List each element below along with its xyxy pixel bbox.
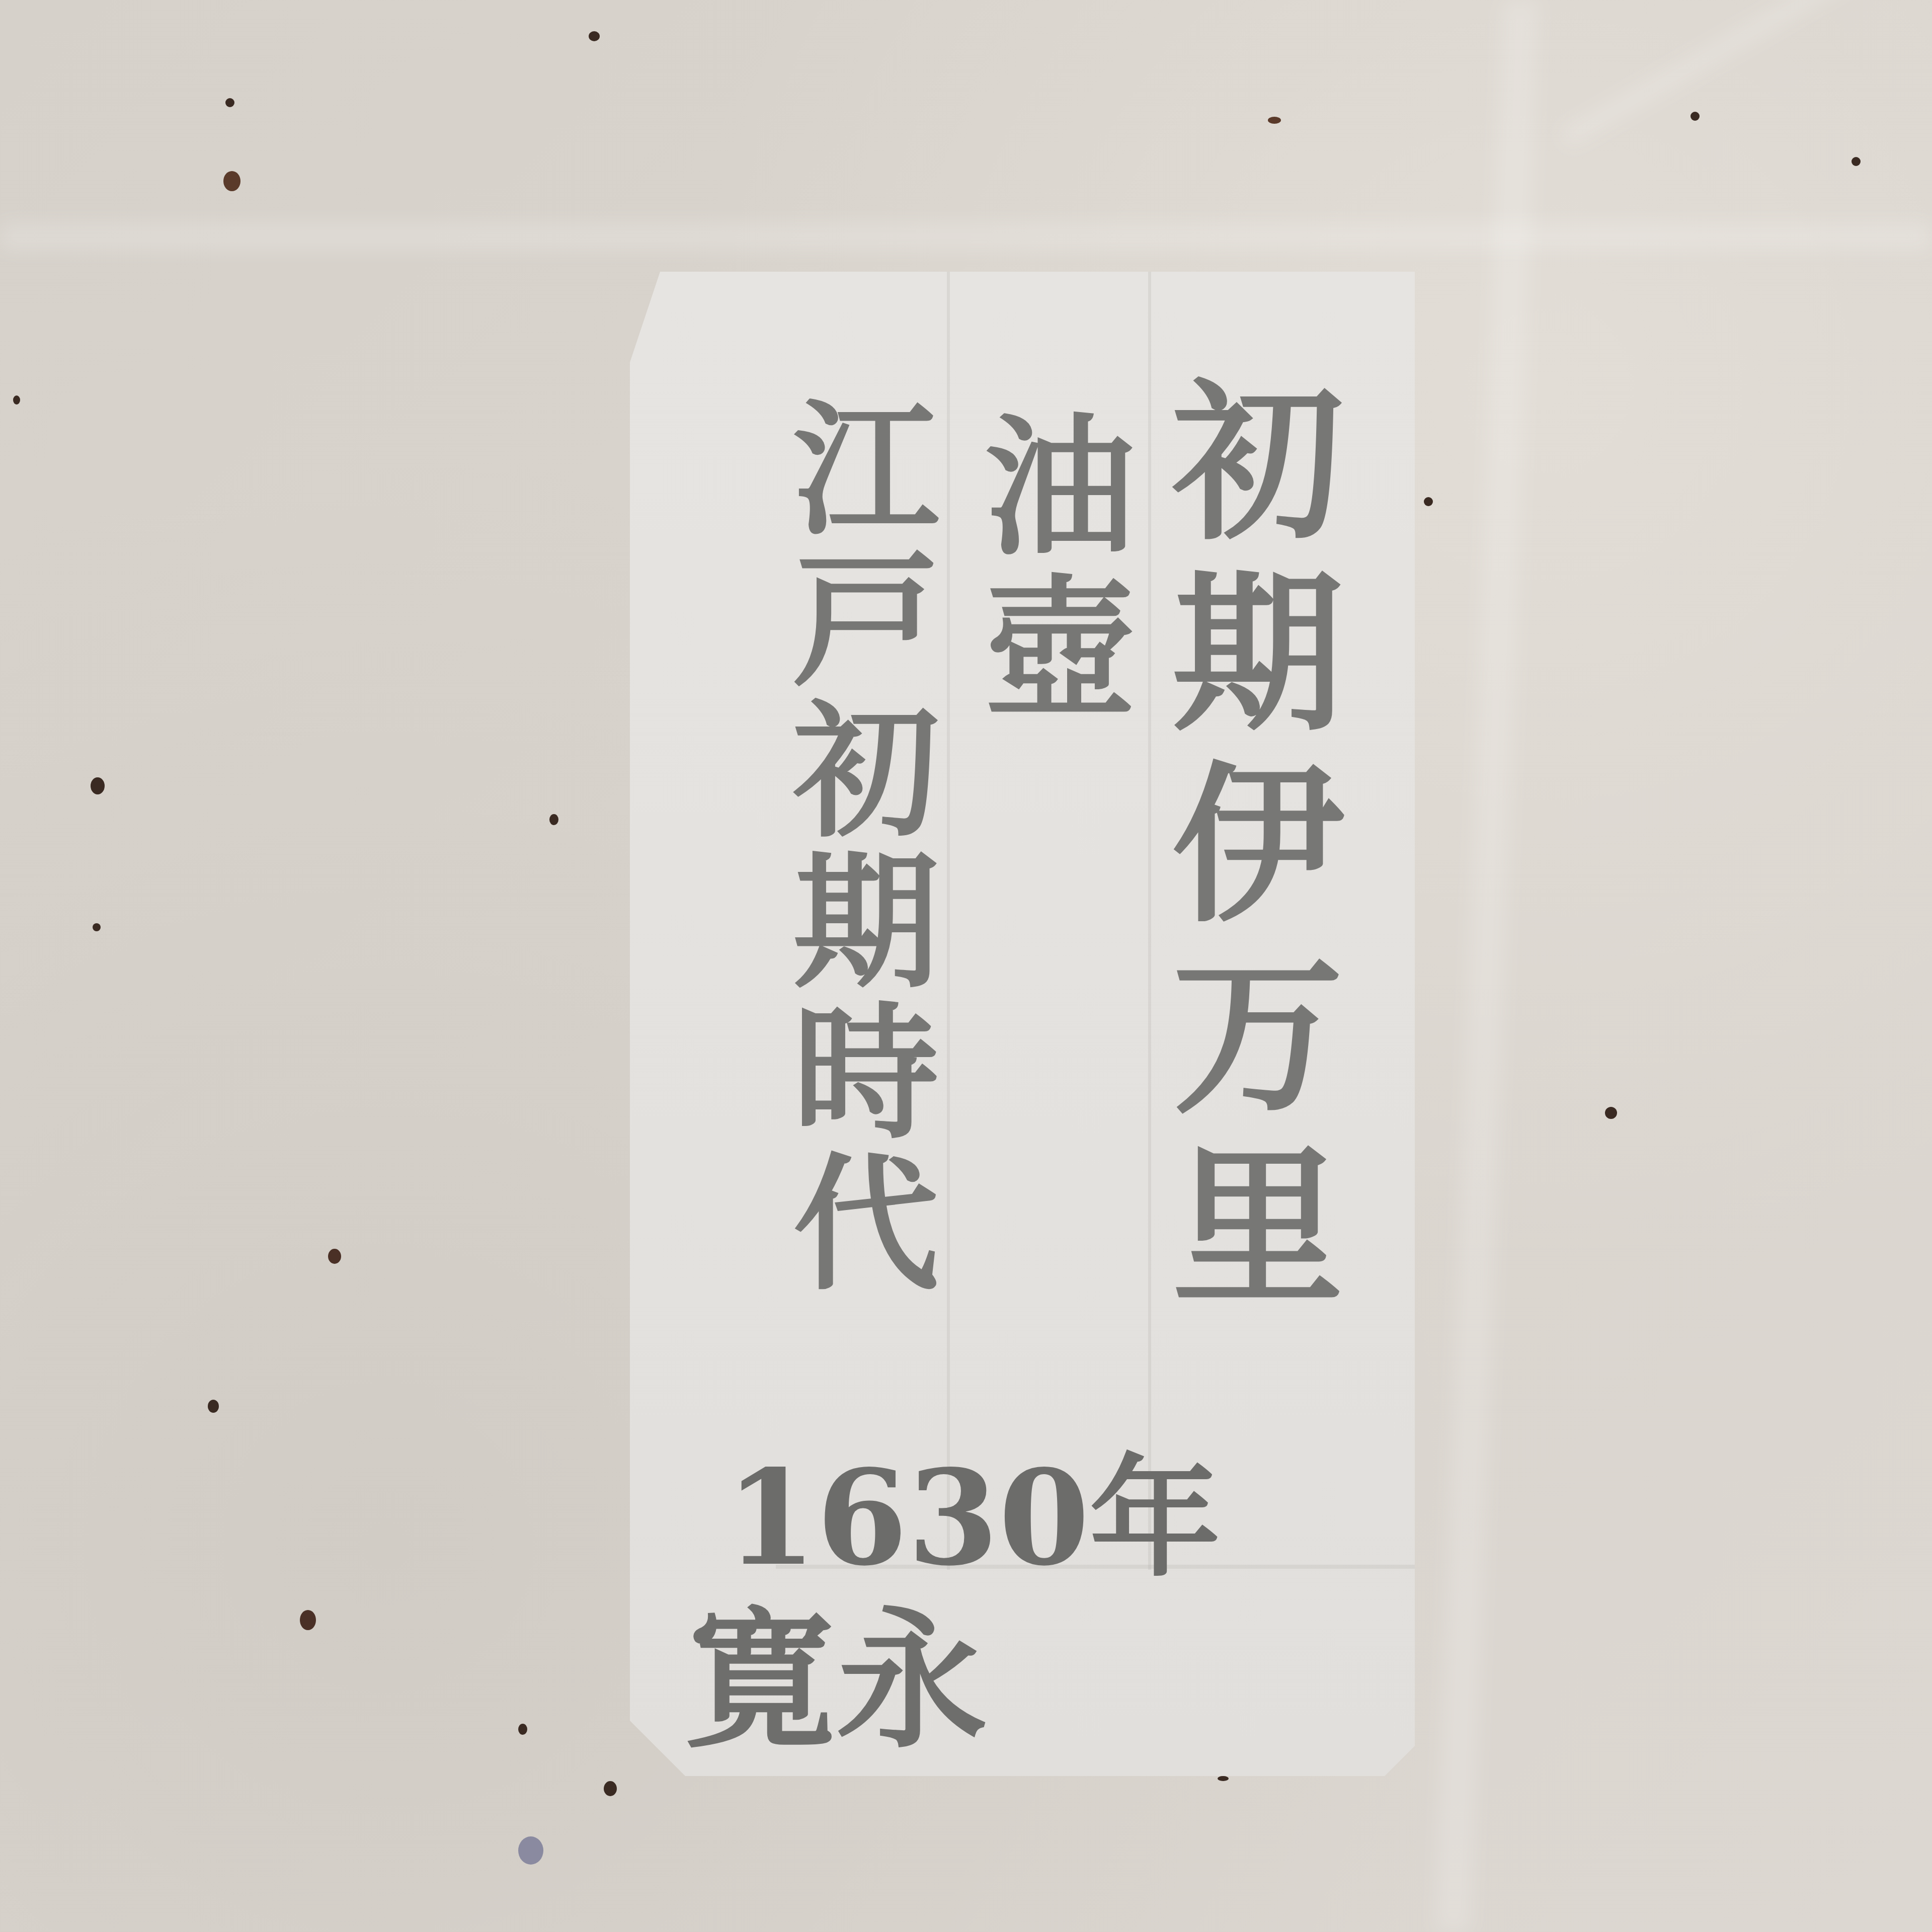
speck <box>1605 1107 1617 1119</box>
speck <box>1218 1776 1229 1781</box>
paper-fold-diagonal <box>1560 0 1932 148</box>
paper-fold-vertical <box>1435 0 1538 1932</box>
label-column-ware-type: 初期伊万里 <box>1158 372 1329 1328</box>
speck <box>1852 157 1861 166</box>
handwritten-label: 初期伊万里 油壺 江戸初期時代 1630年 寛永 <box>630 272 1415 1776</box>
speck <box>93 923 101 931</box>
label-column-object: 油壺 <box>972 408 1123 730</box>
speck <box>300 1610 316 1630</box>
speck <box>518 1724 527 1735</box>
speck <box>549 814 558 825</box>
speck <box>223 171 240 191</box>
label-era: 寛永 <box>685 1560 987 1777</box>
speck <box>208 1400 219 1413</box>
speck <box>1424 497 1433 506</box>
label-column-period: 江戸初期時代 <box>781 392 927 1298</box>
speck <box>518 1836 543 1865</box>
speck <box>225 98 234 107</box>
speck <box>1268 117 1281 124</box>
speck <box>328 1249 341 1264</box>
speck <box>1691 112 1700 121</box>
speck <box>589 31 600 41</box>
speck <box>91 777 105 794</box>
speck <box>604 1781 617 1796</box>
ruled-line <box>947 272 950 1570</box>
speck <box>13 395 20 405</box>
paper-fold-horizontal <box>0 221 1932 252</box>
